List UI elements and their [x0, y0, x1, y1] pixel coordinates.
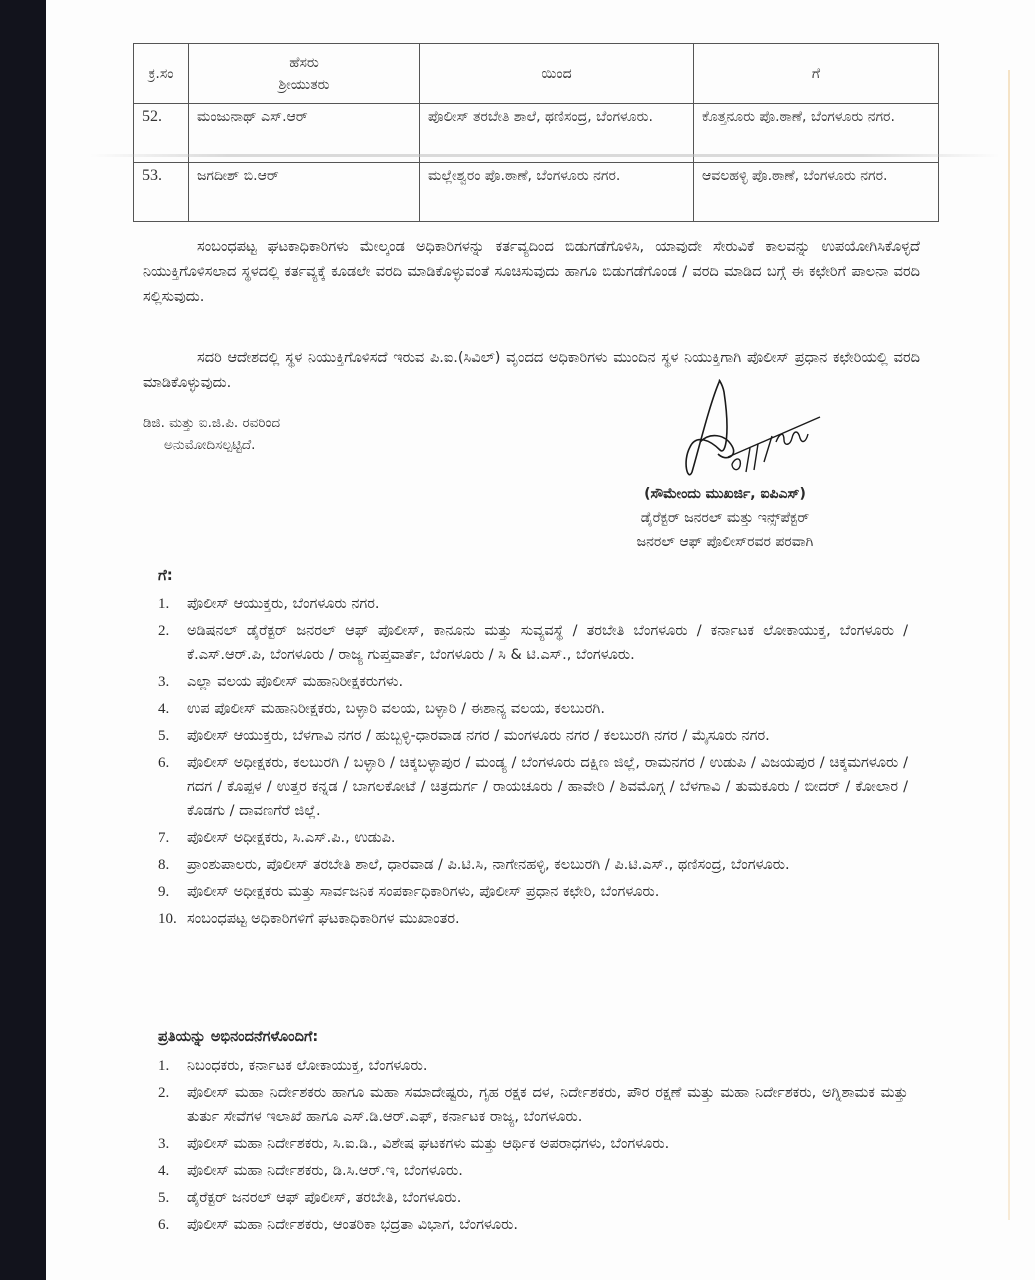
approval-line-2: ಅನುಮೋದಿಸಲ್ಪಟ್ಟಿದೆ.: [143, 434, 280, 456]
header-from: ಯಿಂದ: [420, 44, 694, 104]
header-to: ಗೆ: [694, 44, 939, 104]
list-item-text: ಪೊಲೀಸ್ ಮಹಾ ನಿರ್ದೇಶಕರು, ಆಂತರಿಕಾ ಭದ್ರತಾ ವಿ…: [187, 1217, 518, 1233]
cell-to: ಆವಲಹಳ್ಳಿ ಪೊ.ಠಾಣೆ, ಬೆಂಗಳೂರು ನಗರ.: [694, 163, 939, 222]
list-item-number: 9.: [158, 880, 169, 904]
list-item-number: 3.: [158, 670, 169, 694]
recipients-list: 1.ಪೊಲೀಸ್ ಆಯುಕ್ತರು, ಬೆಂಗಳೂರು ನಗರ.2.ಅಡಿಷನಲ…: [158, 592, 908, 934]
signatory-designation-1: ಡೈರೆಕ್ಟರ್ ಜನರಲ್ ಮತ್ತು ಇನ್ಸ್‌ಪೆಕ್ಟರ್: [520, 506, 930, 530]
cell-name: ಜಗದೀಶ್ ಬಿ.ಆರ್: [189, 163, 420, 222]
approval-note: ಡಿಜಿ. ಮತ್ತು ಐ.ಜಿ.ಪಿ. ರವರಿಂದ ಅನುಮೋದಿಸಲ್ಪಟ…: [143, 412, 280, 456]
paper-edge: [1008, 70, 1010, 1220]
list-item-number: 5.: [158, 1186, 169, 1210]
list-item-text: ಅಡಿಷನಲ್ ಡೈರೆಕ್ಟರ್ ಜನರಲ್ ಆಫ್ ಪೊಲೀಸ್, ಕಾನೂ…: [187, 623, 908, 663]
list-item-number: 2.: [158, 1081, 169, 1105]
list-item: 5.ಡೈರೆಕ್ಟರ್ ಜನರಲ್ ಆಫ್ ಪೊಲೀಸ್, ತರಬೇತಿ, ಬೆ…: [158, 1186, 908, 1210]
list-item-number: 6.: [158, 1213, 169, 1237]
list-item-text: ಡೈರೆಕ್ಟರ್ ಜನರಲ್ ಆಫ್ ಪೊಲೀಸ್, ತರಬೇತಿ, ಬೆಂಗ…: [187, 1190, 461, 1206]
copy-to-label: ಪ್ರತಿಯನ್ನು ಅಭಿನಂದನೆಗಳೊಂದಿಗೆ:: [158, 1029, 318, 1045]
list-item-text: ಪ್ರಾಂಶುಪಾಲರು, ಪೊಲೀಸ್ ತರಬೇತಿ ಶಾಲೆ, ಧಾರವಾಡ…: [187, 857, 790, 873]
list-item-number: 3.: [158, 1132, 169, 1156]
list-item: 2.ಪೊಲೀಸ್ ಮಹಾ ನಿರ್ದೇಶಕರು ಹಾಗೂ ಮಹಾ ಸಮಾದೇಷ್…: [158, 1081, 908, 1129]
recipients-label: ಗೆ:: [158, 566, 173, 584]
signature-block: (ಸೌಮೇಂದು ಮುಖರ್ಜಿ, ಐಪಿಎಸ್) ಡೈರೆಕ್ಟರ್ ಜನರಲ…: [520, 482, 930, 554]
list-item-number: 7.: [158, 826, 169, 850]
list-item-text: ಪೊಲೀಸ್ ಆಯುಕ್ತರು, ಬೆಳಗಾವಿ ನಗರ / ಹುಬ್ಬಳ್ಳಿ…: [187, 728, 770, 744]
list-item-number: 10.: [158, 907, 177, 931]
list-item: 4.ಪೊಲೀಸ್ ಮಹಾ ನಿರ್ದೇಶಕರು, ಡಿ.ಸಿ.ಆರ್.ಇ, ಬೆ…: [158, 1159, 908, 1183]
list-item: 3.ಪೊಲೀಸ್ ಮಹಾ ನಿರ್ದೇಶಕರು, ಸಿ.ಐ.ಡಿ., ವಿಶೇಷ…: [158, 1132, 908, 1156]
signature-icon: [680, 372, 840, 482]
list-item: 3.ಎಲ್ಲಾ ವಲಯ ಪೊಲೀಸ್ ಮಹಾನಿರೀಕ್ಷಕರುಗಳು.: [158, 670, 908, 694]
list-item-number: 5.: [158, 724, 169, 748]
list-item-text: ನಿಬಂಧಕರು, ಕರ್ನಾಟಕ ಲೋಕಾಯುಕ್ತ, ಬೆಂಗಳೂರು.: [187, 1058, 427, 1074]
list-item-number: 1.: [158, 592, 169, 616]
instruction-paragraph-1: ಸಂಬಂಧಪಟ್ಟ ಘಟಕಾಧಿಕಾರಿಗಳು ಮೇಲ್ಕಂಡ ಅಧಿಕಾರಿಗ…: [143, 235, 920, 310]
header-name: ಹೆಸರು ಶ್ರೀಯುತರು: [189, 44, 420, 104]
list-item: 7.ಪೊಲೀಸ್ ಅಧೀಕ್ಷಕರು, ಸಿ.ಎಸ್.ಪಿ., ಉಡುಪಿ.: [158, 826, 908, 850]
paper-fold-line: [90, 154, 1000, 157]
list-item-number: 2.: [158, 619, 169, 643]
cell-serial: 53.: [134, 163, 189, 222]
list-item: 2.ಅಡಿಷನಲ್ ಡೈರೆಕ್ಟರ್ ಜನರಲ್ ಆಫ್ ಪೊಲೀಸ್, ಕಾ…: [158, 619, 908, 667]
approval-line-1: ಡಿಜಿ. ಮತ್ತು ಐ.ಜಿ.ಪಿ. ರವರಿಂದ: [143, 412, 280, 434]
header-serial: ಕ್ರ.ಸಂ: [134, 44, 189, 104]
list-item: 10.ಸಂಬಂಧಪಟ್ಟ ಅಧಿಕಾರಿಗಳಿಗೆ ಘಟಕಾಧಿಕಾರಿಗಳ ಮ…: [158, 907, 908, 931]
header-name-line1: ಹೆಸರು: [197, 52, 411, 74]
paragraph-text: ಸಂಬಂಧಪಟ್ಟ ಘಟಕಾಧಿಕಾರಿಗಳು ಮೇಲ್ಕಂಡ ಅಧಿಕಾರಿಗ…: [143, 239, 920, 305]
copy-list: 1.ನಿಬಂಧಕರು, ಕರ್ನಾಟಕ ಲೋಕಾಯುಕ್ತ, ಬೆಂಗಳೂರು.…: [158, 1054, 908, 1240]
list-item-text: ಪೊಲೀಸ್ ಆಯುಕ್ತರು, ಬೆಂಗಳೂರು ನಗರ.: [187, 596, 380, 612]
list-item-number: 1.: [158, 1054, 169, 1078]
list-item: 6.ಪೊಲೀಸ್ ಮಹಾ ನಿರ್ದೇಶಕರು, ಆಂತರಿಕಾ ಭದ್ರತಾ …: [158, 1213, 908, 1237]
list-item-text: ಸಂಬಂಧಪಟ್ಟ ಅಧಿಕಾರಿಗಳಿಗೆ ಘಟಕಾಧಿಕಾರಿಗಳ ಮುಖಾ…: [187, 911, 460, 927]
list-item-text: ಪೊಲೀಸ್ ಮಹಾ ನಿರ್ದೇಶಕರು, ಡಿ.ಸಿ.ಆರ್.ಇ, ಬೆಂಗ…: [187, 1163, 463, 1179]
list-item-number: 4.: [158, 697, 169, 721]
transfer-table: ಕ್ರ.ಸಂ ಹೆಸರು ಶ್ರೀಯುತರು ಯಿಂದ ಗೆ 52. ಮಂಜುನ…: [133, 43, 939, 222]
list-item: 1.ನಿಬಂಧಕರು, ಕರ್ನಾಟಕ ಲೋಕಾಯುಕ್ತ, ಬೆಂಗಳೂರು.: [158, 1054, 908, 1078]
list-item-text: ಎಲ್ಲಾ ವಲಯ ಪೊಲೀಸ್ ಮಹಾನಿರೀಕ್ಷಕರುಗಳು.: [187, 674, 403, 690]
table-header-row: ಕ್ರ.ಸಂ ಹೆಸರು ಶ್ರೀಯುತರು ಯಿಂದ ಗೆ: [134, 44, 939, 104]
list-item-text: ಪೊಲೀಸ್ ಅಧೀಕ್ಷಕರು, ಕಲಬುರಗಿ / ಬಳ್ಳಾರಿ / ಚಿ…: [187, 755, 908, 819]
list-item-number: 8.: [158, 853, 169, 877]
list-item-text: ಉಪ ಪೊಲೀಸ್ ಮಹಾನಿರೀಕ್ಷಕರು, ಬಳ್ಳಾರಿ ವಲಯ, ಬಳ…: [187, 701, 605, 717]
list-item-number: 6.: [158, 751, 169, 775]
viewer-left-margin: [0, 0, 46, 1280]
cell-from: ಮಲ್ಲೇಶ್ವರಂ ಪೊ.ಠಾಣೆ, ಬೆಂಗಳೂರು ನಗರ.: [420, 163, 694, 222]
table-row: 53. ಜಗದೀಶ್ ಬಿ.ಆರ್ ಮಲ್ಲೇಶ್ವರಂ ಪೊ.ಠಾಣೆ, ಬೆ…: [134, 163, 939, 222]
header-name-line2: ಶ್ರೀಯುತರು: [197, 74, 411, 96]
signatory-designation-2: ಜನರಲ್ ಆಫ್ ಪೊಲೀಸ್‌ರವರ ಪರವಾಗಿ: [520, 530, 930, 554]
list-item: 9.ಪೊಲೀಸ್ ಅಧೀಕ್ಷಕರು ಮತ್ತು ಸಾರ್ವಜನಿಕ ಸಂಪರ್…: [158, 880, 908, 904]
list-item: 6.ಪೊಲೀಸ್ ಅಧೀಕ್ಷಕರು, ಕಲಬುರಗಿ / ಬಳ್ಳಾರಿ / …: [158, 751, 908, 823]
list-item-text: ಪೊಲೀಸ್ ಮಹಾ ನಿರ್ದೇಶಕರು ಹಾಗೂ ಮಹಾ ಸಮಾದೇಷ್ಟರ…: [187, 1085, 908, 1125]
list-item: 1.ಪೊಲೀಸ್ ಆಯುಕ್ತರು, ಬೆಂಗಳೂರು ನಗರ.: [158, 592, 908, 616]
list-item-text: ಪೊಲೀಸ್ ಅಧೀಕ್ಷಕರು ಮತ್ತು ಸಾರ್ವಜನಿಕ ಸಂಪರ್ಕಾ…: [187, 884, 659, 900]
list-item: 8.ಪ್ರಾಂಶುಪಾಲರು, ಪೊಲೀಸ್ ತರಬೇತಿ ಶಾಲೆ, ಧಾರವ…: [158, 853, 908, 877]
signatory-name: (ಸೌಮೇಂದು ಮುಖರ್ಜಿ, ಐಪಿಎಸ್): [520, 482, 930, 506]
list-item-text: ಪೊಲೀಸ್ ಅಧೀಕ್ಷಕರು, ಸಿ.ಎಸ್.ಪಿ., ಉಡುಪಿ.: [187, 830, 396, 846]
list-item: 4.ಉಪ ಪೊಲೀಸ್ ಮಹಾನಿರೀಕ್ಷಕರು, ಬಳ್ಳಾರಿ ವಲಯ, …: [158, 697, 908, 721]
list-item-number: 4.: [158, 1159, 169, 1183]
list-item: 5.ಪೊಲೀಸ್ ಆಯುಕ್ತರು, ಬೆಳಗಾವಿ ನಗರ / ಹುಬ್ಬಳ್…: [158, 724, 908, 748]
list-item-text: ಪೊಲೀಸ್ ಮಹಾ ನಿರ್ದೇಶಕರು, ಸಿ.ಐ.ಡಿ., ವಿಶೇಷ ಘ…: [187, 1136, 669, 1152]
